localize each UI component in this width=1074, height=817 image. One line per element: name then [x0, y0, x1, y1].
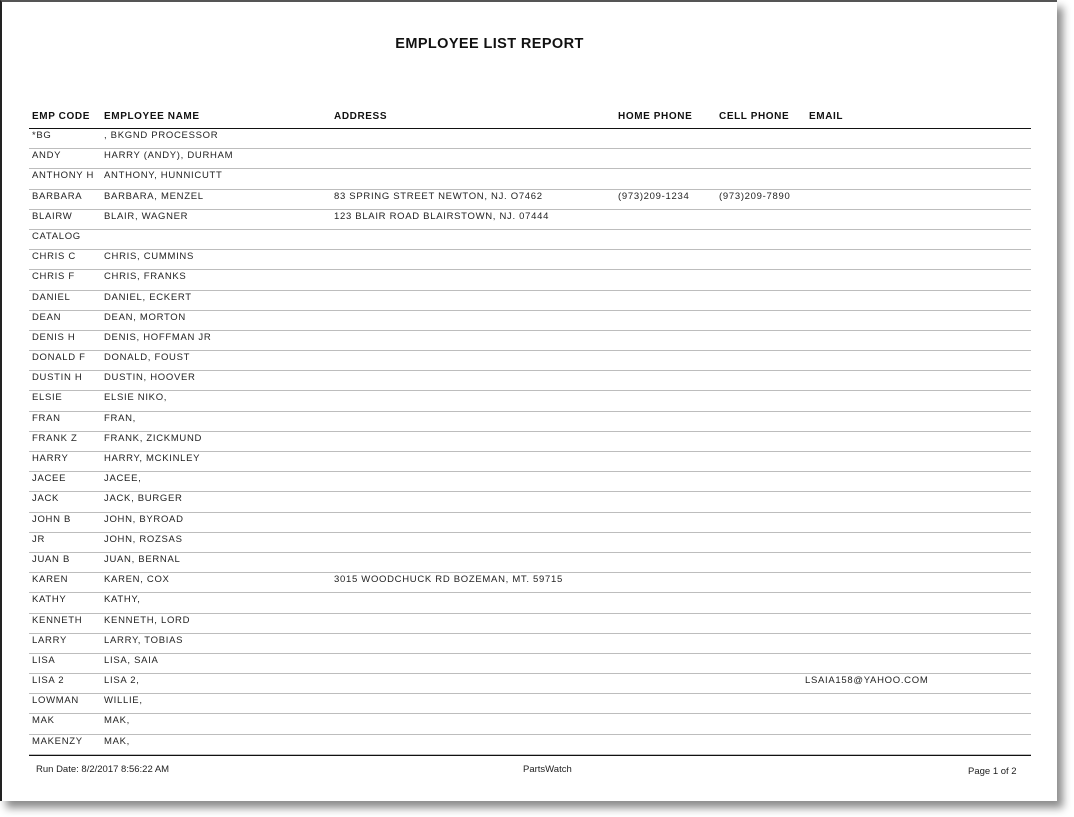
cell-emp-code: LARRY [32, 635, 67, 646]
cell-address: 3015 WOODCHUCK RD BOZEMAN, MT. 59715 [334, 574, 563, 585]
table-row: JACEEJACEE, [29, 472, 1031, 492]
cell-employee-name: HARRY, MCKINLEY [104, 453, 200, 464]
header-cell-phone: CELL PHONE [719, 111, 789, 122]
cell-employee-name: JUAN, BERNAL [104, 554, 181, 565]
cell-employee-name: WILLIE, [104, 695, 143, 706]
cell-employee-name: BLAIR, WAGNER [104, 211, 188, 222]
cell-employee-name: HARRY (ANDY), DURHAM [104, 150, 233, 161]
cell-employee-name: CHRIS, FRANKS [104, 271, 186, 282]
cell-employee-name: ELSIE NIKO, [104, 392, 167, 403]
cell-employee-name: CHRIS, CUMMINS [104, 251, 194, 262]
cell-emp-code: DEAN [32, 312, 61, 323]
employee-table: EMP CODE EMPLOYEE NAME ADDRESS HOME PHON… [29, 108, 1031, 755]
footer-divider [29, 755, 1031, 756]
cell-employee-name: MAK, [104, 736, 130, 747]
cell-employee-name: KENNETH, LORD [104, 615, 190, 626]
cell-employee-name: BARBARA, MENZEL [104, 191, 204, 202]
table-row: MAKENZYMAK, [29, 735, 1031, 755]
header-email: EMAIL [809, 111, 843, 122]
header-emp-code: EMP CODE [32, 111, 90, 122]
cell-employee-name: DENIS, HOFFMAN JR [104, 332, 211, 343]
table-row: DEANDEAN, MORTON [29, 311, 1031, 331]
table-header: EMP CODE EMPLOYEE NAME ADDRESS HOME PHON… [29, 108, 1031, 129]
table-row: DANIELDANIEL, ECKERT [29, 291, 1031, 311]
table-row: DONALD FDONALD, FOUST [29, 351, 1031, 371]
cell-emp-code: ELSIE [32, 392, 62, 403]
table-row: LOWMANWILLIE, [29, 694, 1031, 714]
header-home-phone: HOME PHONE [618, 111, 692, 122]
cell-emp-code: KENNETH [32, 615, 82, 626]
table-row: MAKMAK, [29, 714, 1031, 734]
table-row: CHRIS CCHRIS, CUMMINS [29, 250, 1031, 270]
cell-emp-code: CHRIS C [32, 251, 76, 262]
header-employee-name: EMPLOYEE NAME [104, 111, 200, 122]
cell-emp-code: *BG [32, 130, 52, 141]
table-row: LISA 2LISA 2,LSAIA158@YAHOO.COM [29, 674, 1031, 694]
cell-address: 83 SPRING STREET NEWTON, NJ. O7462 [334, 191, 543, 202]
cell-employee-name: ANTHONY, HUNNICUTT [104, 170, 223, 181]
report-page: EMPLOYEE LIST REPORT EMP CODE EMPLOYEE N… [0, 0, 1057, 801]
table-row: DUSTIN HDUSTIN, HOOVER [29, 371, 1031, 391]
table-row: *BG, BKGND PROCESSOR [29, 129, 1031, 149]
table-row: LISALISA, SAIA [29, 654, 1031, 674]
cell-employee-name: KAREN, COX [104, 574, 170, 585]
cell-emp-code: CHRIS F [32, 271, 75, 282]
cell-emp-code: DENIS H [32, 332, 75, 343]
app-name: PartsWatch [523, 764, 572, 775]
cell-employee-name: JOHN, BYROAD [104, 514, 184, 525]
cell-employee-name: FRANK, ZICKMUND [104, 433, 202, 444]
cell-employee-name: LARRY, TOBIAS [104, 635, 183, 646]
run-date: Run Date: 8/2/2017 8:56:22 AM [36, 764, 169, 775]
table-row: CHRIS FCHRIS, FRANKS [29, 270, 1031, 290]
table-row: JUAN BJUAN, BERNAL [29, 553, 1031, 573]
table-row: LARRYLARRY, TOBIAS [29, 634, 1031, 654]
cell-employee-name: DANIEL, ECKERT [104, 292, 192, 303]
cell-employee-name: KATHY, [104, 594, 141, 605]
cell-emp-code: LISA [32, 655, 55, 666]
cell-emp-code: ANTHONY H [32, 170, 94, 181]
table-row: FRANK ZFRANK, ZICKMUND [29, 432, 1031, 452]
cell-employee-name: DONALD, FOUST [104, 352, 190, 363]
table-row: FRANFRAN, [29, 412, 1031, 432]
cell-employee-name: MAK, [104, 715, 130, 726]
table-row: ANTHONY HANTHONY, HUNNICUTT [29, 169, 1031, 189]
cell-emp-code: JOHN B [32, 514, 71, 525]
cell-employee-name: JACK, BURGER [104, 493, 183, 504]
cell-address: 123 BLAIR ROAD BLAIRSTOWN, NJ. 07444 [334, 211, 549, 222]
cell-employee-name: JACEE, [104, 473, 141, 484]
table-row: JACKJACK, BURGER [29, 492, 1031, 512]
cell-emp-code: DANIEL [32, 292, 71, 303]
cell-emp-code: ANDY [32, 150, 61, 161]
report-title: EMPLOYEE LIST REPORT [2, 36, 977, 52]
table-row: JRJOHN, ROZSAS [29, 533, 1031, 553]
cell-emp-code: LOWMAN [32, 695, 79, 706]
table-row: KARENKAREN, COX3015 WOODCHUCK RD BOZEMAN… [29, 573, 1031, 593]
cell-emp-code: MAK [32, 715, 55, 726]
cell-employee-name: LISA, SAIA [104, 655, 159, 666]
table-row: ANDYHARRY (ANDY), DURHAM [29, 149, 1031, 169]
cell-emp-code: JACEE [32, 473, 66, 484]
cell-emp-code: JUAN B [32, 554, 70, 565]
table-row: JOHN BJOHN, BYROAD [29, 513, 1031, 533]
table-row: KENNETHKENNETH, LORD [29, 614, 1031, 634]
table-row: ELSIEELSIE NIKO, [29, 391, 1031, 411]
cell-emp-code: JR [32, 534, 45, 545]
table-row: BARBARABARBARA, MENZEL83 SPRING STREET N… [29, 190, 1031, 210]
cell-emp-code: CATALOG [32, 231, 81, 242]
cell-emp-code: KAREN [32, 574, 68, 585]
cell-employee-name: , BKGND PROCESSOR [104, 130, 218, 141]
cell-emp-code: FRANK Z [32, 433, 78, 444]
cell-home-phone: (973)209-1234 [618, 191, 689, 202]
cell-emp-code: JACK [32, 493, 59, 504]
page-number: Page 1 of 2 [968, 766, 1017, 777]
cell-emp-code: FRAN [32, 413, 61, 424]
header-address: ADDRESS [334, 111, 387, 122]
cell-employee-name: LISA 2, [104, 675, 140, 686]
cell-cell-phone: (973)209-7890 [719, 191, 790, 202]
cell-email: LSAIA158@YAHOO.COM [805, 675, 928, 686]
cell-employee-name: FRAN, [104, 413, 136, 424]
table-row: KATHYKATHY, [29, 593, 1031, 613]
table-row: HARRYHARRY, MCKINLEY [29, 452, 1031, 472]
cell-emp-code: HARRY [32, 453, 69, 464]
cell-emp-code: LISA 2 [32, 675, 64, 686]
table-row: DENIS HDENIS, HOFFMAN JR [29, 331, 1031, 351]
table-row: CATALOG [29, 230, 1031, 250]
cell-emp-code: BARBARA [32, 191, 82, 202]
cell-employee-name: DEAN, MORTON [104, 312, 186, 323]
cell-emp-code: DONALD F [32, 352, 86, 363]
cell-employee-name: DUSTIN, HOOVER [104, 372, 196, 383]
cell-employee-name: JOHN, ROZSAS [104, 534, 183, 545]
table-row: BLAIRWBLAIR, WAGNER123 BLAIR ROAD BLAIRS… [29, 210, 1031, 230]
table-body: *BG, BKGND PROCESSORANDYHARRY (ANDY), DU… [29, 129, 1031, 755]
cell-emp-code: DUSTIN H [32, 372, 82, 383]
cell-emp-code: BLAIRW [32, 211, 72, 222]
cell-emp-code: KATHY [32, 594, 66, 605]
cell-emp-code: MAKENZY [32, 736, 83, 747]
